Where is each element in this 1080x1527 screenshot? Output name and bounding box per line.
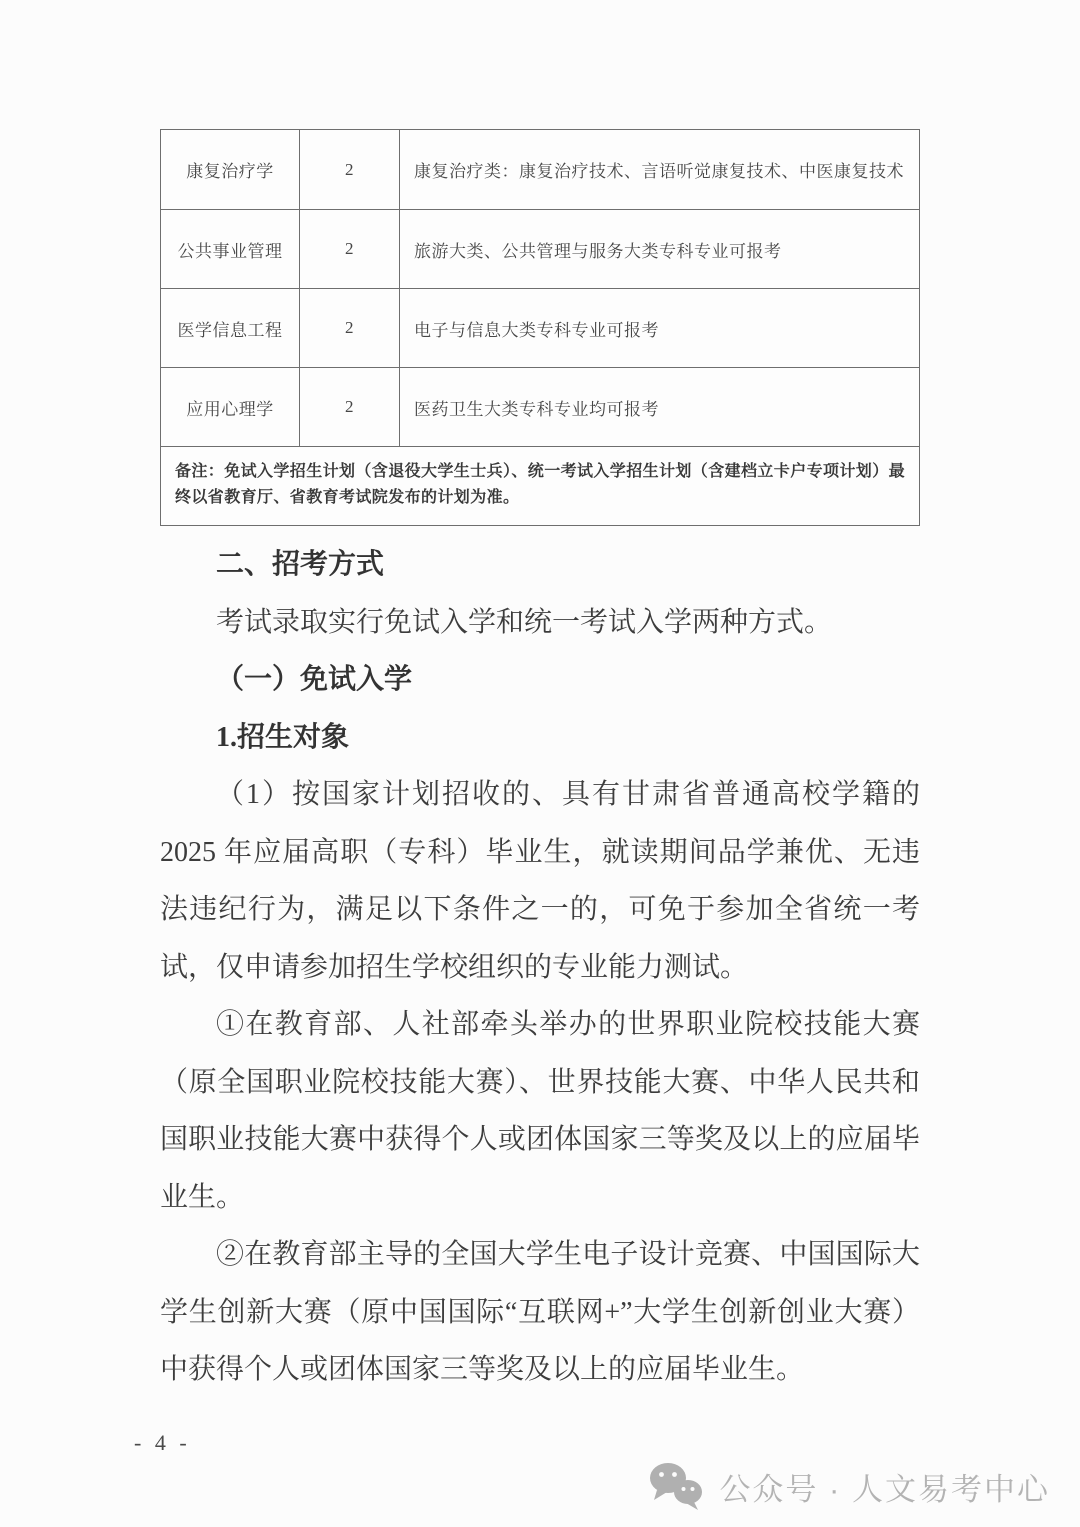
- document-page: 康复治疗学 2 康复治疗类：康复治疗技术、言语听觉康复技术、中医康复技术 公共事…: [0, 0, 1080, 1527]
- table-note-row: 备注：免试入学招生计划（含退役大学生士兵）、统一考试入学招生计划（含建档立卡户专…: [161, 446, 919, 525]
- major-cell: 应用心理学: [161, 368, 300, 446]
- major-cell: 医学信息工程: [161, 289, 300, 367]
- years-cell: 2: [300, 210, 400, 288]
- intro-paragraph: 考试录取实行免试入学和统一考试入学两种方式。: [160, 594, 920, 652]
- major-cell: 公共事业管理: [161, 210, 300, 288]
- table-note: 备注：免试入学招生计划（含退役大学生士兵）、统一考试入学招生计划（含建档立卡户专…: [175, 459, 905, 511]
- major-cell: 康复治疗学: [161, 130, 300, 209]
- paragraph-1: （1）按国家计划招收的、具有甘肃省普通高校学籍的 2025 年应届高职（专科）毕…: [160, 766, 920, 996]
- requirement-cell: 电子与信息大类专科专业可报考: [400, 289, 919, 367]
- document-body: 二、招考方式 考试录取实行免试入学和统一考试入学两种方式。 （一）免试入学 1.…: [160, 536, 920, 1399]
- paragraph-3: ②在教育部主导的全国大学生电子设计竞赛、中国国际大学生创新大赛（原中国国际“互联…: [160, 1226, 920, 1399]
- subsection-item-heading: 1.招生对象: [160, 709, 920, 767]
- wechat-icon: [647, 1461, 705, 1511]
- paragraph-2: ①在教育部、人社部牵头举办的世界职业院校技能大赛（原全国职业院校技能大赛）、世界…: [160, 996, 920, 1226]
- admission-plan-table: 康复治疗学 2 康复治疗类：康复治疗技术、言语听觉康复技术、中医康复技术 公共事…: [160, 129, 920, 526]
- requirement-cell: 医药卫生大类专科专业均可报考: [400, 368, 919, 446]
- table-row: 公共事业管理 2 旅游大类、公共管理与服务大类专科专业可报考: [161, 209, 919, 288]
- page-number: - 4 -: [134, 1430, 191, 1456]
- table-row: 康复治疗学 2 康复治疗类：康复治疗技术、言语听觉康复技术、中医康复技术: [161, 130, 919, 209]
- table-row: 应用心理学 2 医药卫生大类专科专业均可报考: [161, 367, 919, 446]
- years-cell: 2: [300, 130, 400, 209]
- subsection-heading: （一）免试入学: [160, 651, 920, 709]
- requirement-cell: 康复治疗类：康复治疗技术、言语听觉康复技术、中医康复技术: [400, 130, 919, 209]
- table-row: 医学信息工程 2 电子与信息大类专科专业可报考: [161, 288, 919, 367]
- watermark-text: 公众号 · 人文易考中心: [719, 1464, 1050, 1509]
- years-cell: 2: [300, 368, 400, 446]
- watermark: 公众号 · 人文易考中心: [647, 1455, 1050, 1517]
- requirement-cell: 旅游大类、公共管理与服务大类专科专业可报考: [400, 210, 919, 288]
- section-heading: 二、招考方式: [160, 536, 920, 594]
- years-cell: 2: [300, 289, 400, 367]
